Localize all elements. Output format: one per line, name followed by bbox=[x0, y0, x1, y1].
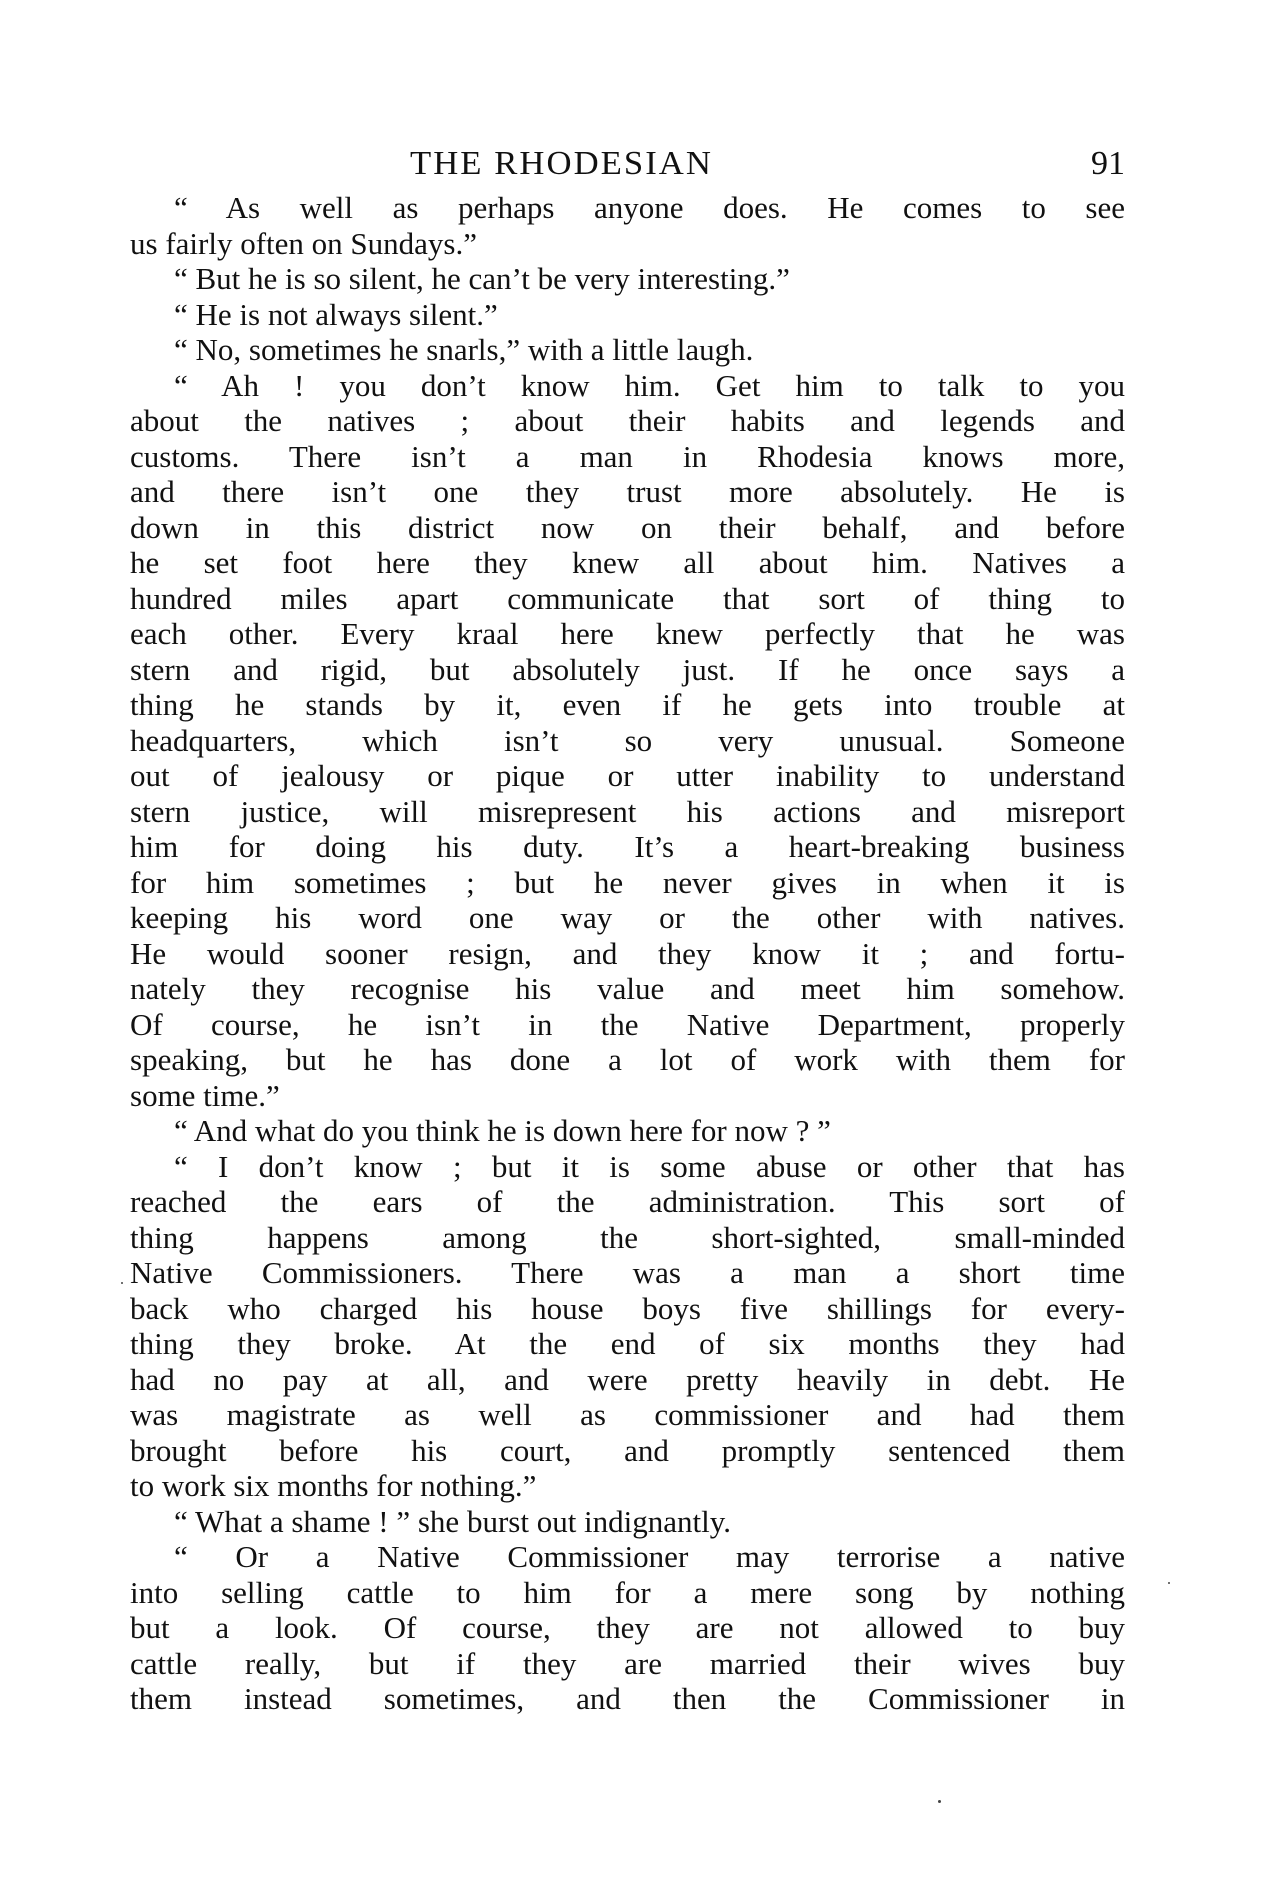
text-line: “ What a shame ! ” she burst out indigna… bbox=[130, 1504, 1125, 1540]
body-text: “ As well as perhaps anyone does. He com… bbox=[130, 190, 1125, 1717]
text-line: “ No, sometimes he snarls,” with a littl… bbox=[130, 332, 1125, 368]
text-line: reached the ears of the administration. … bbox=[130, 1184, 1125, 1220]
text-line: and there isn’t one they trust more abso… bbox=[130, 474, 1125, 510]
text-line: headquarters, which isn’t so very unusua… bbox=[130, 723, 1125, 759]
text-line: thing happens among the short-sighted, s… bbox=[130, 1220, 1125, 1256]
text-line: cattle really, but if they are married t… bbox=[130, 1646, 1125, 1682]
text-line: “ Or a Native Commissioner may terrorise… bbox=[130, 1539, 1125, 1575]
text-line: into selling cattle to him for a mere so… bbox=[130, 1575, 1125, 1611]
text-line: hundred miles apart communicate that sor… bbox=[130, 581, 1125, 617]
scan-speck bbox=[1168, 1582, 1170, 1584]
scan-speck bbox=[121, 1282, 123, 1284]
text-line: “ As well as perhaps anyone does. He com… bbox=[130, 190, 1125, 226]
page-number: 91 bbox=[1091, 140, 1125, 188]
text-line: nately they recognise his value and meet… bbox=[130, 971, 1125, 1007]
text-line: stern and rigid, but absolutely just. If… bbox=[130, 652, 1125, 688]
text-line: brought before his court, and promptly s… bbox=[130, 1433, 1125, 1469]
text-line: for him sometimes ; but he never gives i… bbox=[130, 865, 1125, 901]
text-line: us fairly often on Sundays.” bbox=[130, 226, 1125, 262]
text-line: he set foot here they knew all about him… bbox=[130, 545, 1125, 581]
book-page: THE RHODESIAN 91 “ As well as perhaps an… bbox=[130, 140, 1125, 1717]
text-line: about the natives ; about their habits a… bbox=[130, 403, 1125, 439]
text-line: Of course, he isn’t in the Native Depart… bbox=[130, 1007, 1125, 1043]
text-line: Native Commissioners. There was a man a … bbox=[130, 1255, 1125, 1291]
text-line: speaking, but he has done a lot of work … bbox=[130, 1042, 1125, 1078]
scan-speck bbox=[938, 1800, 941, 1803]
running-head: THE RHODESIAN 91 bbox=[130, 140, 1125, 188]
text-line: thing he stands by it, even if he gets i… bbox=[130, 687, 1125, 723]
text-line: out of jealousy or pique or utter inabil… bbox=[130, 758, 1125, 794]
text-line: had no pay at all, and were pretty heavi… bbox=[130, 1362, 1125, 1398]
text-line: each other. Every kraal here knew perfec… bbox=[130, 616, 1125, 652]
text-line: “ He is not always silent.” bbox=[130, 297, 1125, 333]
text-line: to work six months for nothing.” bbox=[130, 1468, 1125, 1504]
text-line: customs. There isn’t a man in Rhodesia k… bbox=[130, 439, 1125, 475]
text-line: “ I don’t know ; but it is some abuse or… bbox=[130, 1149, 1125, 1185]
text-line: him for doing his duty. It’s a heart-bre… bbox=[130, 829, 1125, 865]
text-line: but a look. Of course, they are not allo… bbox=[130, 1610, 1125, 1646]
text-line: some time.” bbox=[130, 1078, 1125, 1114]
text-line: thing they broke. At the end of six mont… bbox=[130, 1326, 1125, 1362]
text-line: “ And what do you think he is down here … bbox=[130, 1113, 1125, 1149]
text-line: keeping his word one way or the other wi… bbox=[130, 900, 1125, 936]
running-title: THE RHODESIAN bbox=[410, 140, 713, 188]
text-line: “ But he is so silent, he can’t be very … bbox=[130, 261, 1125, 297]
text-line: was magistrate as well as commissioner a… bbox=[130, 1397, 1125, 1433]
text-line: He would sooner resign, and they know it… bbox=[130, 936, 1125, 972]
text-line: “ Ah ! you don’t know him. Get him to ta… bbox=[130, 368, 1125, 404]
text-line: them instead sometimes, and then the Com… bbox=[130, 1681, 1125, 1717]
text-line: back who charged his house boys five shi… bbox=[130, 1291, 1125, 1327]
text-line: down in this district now on their behal… bbox=[130, 510, 1125, 546]
text-line: stern justice, will misrepresent his act… bbox=[130, 794, 1125, 830]
